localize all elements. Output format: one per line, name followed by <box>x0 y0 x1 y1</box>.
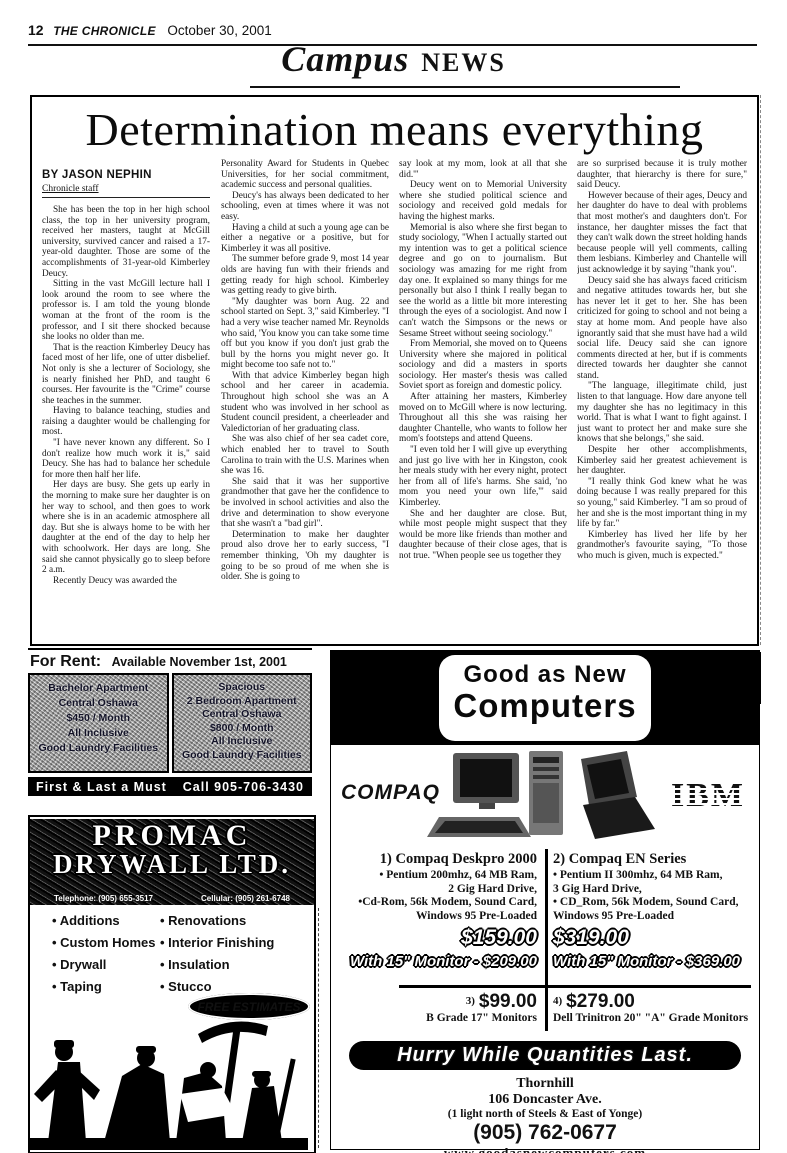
article-paragraph: "The language, illegitimate child, just … <box>577 381 747 445</box>
monitor-offer-3-desc: B Grade 17" Monitors <box>331 1012 537 1024</box>
monitors-rule <box>399 985 751 988</box>
product-spec: • CD_Rom, 56k Modem, Sound Card, <box>553 896 759 910</box>
store-website: www.goodasnewcomputers.com <box>331 1145 759 1153</box>
article-paragraph: Having a child at such a young age can b… <box>221 223 389 255</box>
masthead: 12 THE CHRONICLE October 30, 2001 <box>28 22 272 38</box>
article-paragraph: are so surprised because it is truly mot… <box>577 159 747 191</box>
article-paragraph: say look at my mom, look at all that she… <box>399 159 567 180</box>
computers-title-line2: Computers <box>439 687 651 725</box>
good-as-new-computers-ad: Good as New Computers COMPAQ IBM <box>330 650 760 1150</box>
store-city: Thornhill <box>331 1076 759 1092</box>
product-1-price: $159.00 <box>331 926 537 950</box>
promac-services-left: AdditionsCustom HomesDrywallTaping <box>52 913 156 1001</box>
rental-unit-line: $800 / Month <box>176 722 309 736</box>
article-paragraph: After attaining her masters, Kimberley m… <box>399 392 567 445</box>
promac-drywall-ad: PROMAC DRYWALL LTD. Telephone: (905) 655… <box>28 815 316 1153</box>
hurry-banner: Hurry While Quantities Last. <box>349 1041 741 1070</box>
promac-service: Stucco <box>160 979 274 994</box>
article-paragraph: The summer before grade 9, most 14 year … <box>221 254 389 296</box>
article-paragraph: She was also chief of her sea cadet core… <box>221 434 389 476</box>
rental-unit-bachelor: Bachelor ApartmentCentral Oshawa$450 / M… <box>28 673 169 773</box>
promac-name-line1: PROMAC <box>30 819 314 853</box>
promac-service: Renovations <box>160 913 274 928</box>
promac-service: Insulation <box>160 957 274 972</box>
store-phone: (905) 762-0677 <box>331 1121 759 1145</box>
article-paragraph: "I really think God knew what he was doi… <box>577 477 747 530</box>
byline: BY JASON NEPHIN Chronicle staff <box>42 165 210 198</box>
product-1-monitor-deal: With 15" Monitor - $209.00 <box>331 953 537 970</box>
for-rent-ad: For Rent: Available November 1st, 2001 B… <box>28 648 312 790</box>
paper-name: THE CHRONICLE <box>53 24 156 38</box>
page-fold-line <box>760 95 761 645</box>
article-paragraph: She and her daughter are close. But, whi… <box>399 509 567 562</box>
for-rent-units: Bachelor ApartmentCentral Oshawa$450 / M… <box>28 673 312 773</box>
product-2-specs: • Pentium II 300mhz, 64 MB Ram,3 Gig Har… <box>553 869 759 923</box>
article-paragraph: "My daughter was born Aug. 22 and school… <box>221 297 389 371</box>
computers-title-card: Good as New Computers <box>439 655 651 741</box>
rental-unit-line: 2 Bedroom Apartment <box>176 695 309 709</box>
monitor-offer-3-number: 3) <box>466 995 475 1007</box>
article-paragraph: "I have never known any different. So I … <box>42 438 210 480</box>
construction-workers-silhouette <box>30 1010 308 1150</box>
article-paragraph: However because of their ages, Deucy and… <box>577 191 747 276</box>
product-spec: Windows 95 Pre-Loaded <box>553 910 759 924</box>
promac-service: Interior Finishing <box>160 935 274 950</box>
rental-unit-line: Good Laundry Facilities <box>176 749 309 763</box>
product-spec: • Pentium II 300mhz, 64 MB Ram, <box>553 869 759 883</box>
product-1: 1) Compaq Deskpro 2000 • Pentium 200mhz,… <box>331 849 543 970</box>
product-2: 2) Compaq EN Series • Pentium II 300mhz,… <box>553 849 759 970</box>
computers-brands-row: COMPAQ IBM <box>331 745 759 849</box>
monitor-offer-4-desc: Dell Trinitron 20" "A" Grade Monitors <box>553 1012 748 1024</box>
promac-cellular: Cellular: (905) 261-6748 <box>201 894 290 903</box>
byline-role: Chronicle staff <box>42 184 210 194</box>
section-subtitle: NEWS <box>421 48 506 77</box>
store-street: 106 Doncaster Ave. <box>331 1092 759 1108</box>
promac-name-line2: DRYWALL LTD. <box>30 849 314 880</box>
computers-address-block: Thornhill 106 Doncaster Ave. (1 light no… <box>331 1076 759 1153</box>
section-title: Campus <box>281 39 409 79</box>
page-number: 12 <box>28 22 44 38</box>
article-paragraph: Having to balance teaching, studies and … <box>42 406 210 438</box>
monitors-row: 3) $99.00 B Grade 17" Monitors 4) $279.0… <box>331 987 759 1033</box>
article-paragraph: Despite her other accomplishments, Kimbe… <box>577 445 747 477</box>
rental-unit-line: $450 / Month <box>32 711 165 726</box>
article-column-2: Personality Award for Students in Quebec… <box>221 159 389 633</box>
rental-unit-line: Bachelor Apartment <box>32 681 165 696</box>
hurry-banner-text: Hurry While Quantities Last. <box>397 1044 693 1067</box>
promac-service: Drywall <box>52 957 156 972</box>
for-rent-terms: First & Last a Must <box>36 780 167 794</box>
article-column-3: say look at my mom, look at all that she… <box>399 159 567 633</box>
column-separator-dash <box>318 908 319 1148</box>
product-spec: • Pentium 200mhz, 64 MB Ram, <box>331 869 537 883</box>
article-paragraph: Deucy went on to Memorial University whe… <box>399 180 567 222</box>
monitor-offer-4: 4) $279.00 Dell Trinitron 20" "A" Grade … <box>553 991 748 1024</box>
product-spec: 3 Gig Hard Drive, <box>553 883 759 897</box>
article-paragraph: Recently Deucy was awarded the <box>42 576 210 587</box>
computers-products: 1) Compaq Deskpro 2000 • Pentium 200mhz,… <box>331 849 759 987</box>
promac-body: AdditionsCustom HomesDrywallTaping Renov… <box>30 905 314 1150</box>
monitor-offer-4-number: 4) <box>553 995 562 1007</box>
rental-unit-line: Good Laundry Facilities <box>32 741 165 756</box>
for-rent-availability: Available November 1st, 2001 <box>112 655 287 669</box>
article-paragraph: She has been the top in her high school … <box>42 205 210 279</box>
promac-telephone: Telephone: (905) 655-3517 <box>54 894 153 903</box>
article-headline: Determination means everything <box>32 103 757 156</box>
article-paragraph: Memorial is also where she first began t… <box>399 223 567 340</box>
article-paragraph: With that advice Kimberley began high sc… <box>221 371 389 435</box>
article-paragraph: That is the reaction Kimberley Deucy has… <box>42 343 210 407</box>
product-1-heading: 1) Compaq Deskpro 2000 <box>331 851 537 868</box>
article-paragraph: Kimberley has lived her life by her gran… <box>577 530 747 562</box>
product-spec: Windows 95 Pre-Loaded <box>331 910 537 924</box>
product-2-monitor-deal: With 15" Monitor - $369.00 <box>553 953 759 970</box>
product-spec: 2 Gig Hard Drive, <box>331 883 537 897</box>
computers-title-line1: Good as New <box>439 661 651 689</box>
promac-header: PROMAC DRYWALL LTD. Telephone: (905) 655… <box>30 819 314 905</box>
byline-author: BY JASON NEPHIN <box>42 169 152 181</box>
desktop-and-laptop-image <box>423 745 663 849</box>
store-directions: (1 light north of Steels & East of Yonge… <box>331 1108 759 1120</box>
article-paragraph: She said that it was her supportive gran… <box>221 477 389 530</box>
product-spec: •Cd-Rom, 56k Modem, Sound Card, <box>331 896 537 910</box>
ibm-logo: IBM <box>671 777 745 815</box>
issue-date: October 30, 2001 <box>167 23 271 38</box>
rental-unit-line: All Inclusive <box>32 726 165 741</box>
promac-service: Custom Homes <box>52 935 156 950</box>
promac-services-right: RenovationsInterior FinishingInsulationS… <box>160 913 274 1001</box>
computers-banner: Good as New Computers <box>331 651 759 745</box>
promac-service: Taping <box>52 979 156 994</box>
promac-phones: Telephone: (905) 655-3517 Cellular: (905… <box>30 894 314 903</box>
product-2-heading: 2) Compaq EN Series <box>553 851 759 868</box>
article-paragraph: Her days are busy. She gets up early in … <box>42 480 210 575</box>
for-rent-footer-bar: First & Last a Must Call 905-706-3430 <box>28 777 312 796</box>
rental-unit-line: Central Oshawa <box>176 708 309 722</box>
monitor-offer-3: 3) $99.00 B Grade 17" Monitors <box>331 991 543 1024</box>
article-paragraph: Deucy's has always been dedicated to her… <box>221 191 389 223</box>
rental-unit-line: Spacious <box>176 681 309 695</box>
article-paragraph: Determination to make her daughter proud… <box>221 530 389 583</box>
section-rule <box>250 86 680 88</box>
article-paragraph: Personality Award for Students in Quebec… <box>221 159 389 191</box>
product-1-specs: • Pentium 200mhz, 64 MB Ram,2 Gig Hard D… <box>331 869 537 923</box>
monitor-offer-4-price: $279.00 <box>566 991 635 1012</box>
article-column-4: are so surprised because it is truly mot… <box>577 159 747 633</box>
for-rent-header: For Rent: Available November 1st, 2001 <box>28 648 312 673</box>
for-rent-phone: Call 905-706-3430 <box>183 780 304 794</box>
rental-unit-line: All Inclusive <box>176 735 309 749</box>
rental-unit-2bedroom: Spacious2 Bedroom ApartmentCentral Oshaw… <box>172 673 313 773</box>
monitor-offer-3-price: $99.00 <box>479 991 537 1012</box>
for-rent-title: For Rent: <box>30 653 101 670</box>
promac-service: Additions <box>52 913 156 928</box>
rental-unit-line: Central Oshawa <box>32 696 165 711</box>
article-paragraph: Sitting in the vast McGill lecture hall … <box>42 279 210 343</box>
section-header: Campus NEWS <box>0 38 787 80</box>
article: Determination means everything BY JASON … <box>30 95 759 646</box>
article-paragraph: Deucy said she has always faced criticis… <box>577 276 747 382</box>
newspaper-page: 12 THE CHRONICLE October 30, 2001 Campus… <box>0 0 787 1153</box>
article-column-1: She has been the top in her high school … <box>42 205 210 633</box>
article-paragraph: From Memorial, she moved on to Queens Un… <box>399 339 567 392</box>
product-2-price: $319.00 <box>553 926 759 950</box>
article-paragraph: "I even told her I will give up everythi… <box>399 445 567 509</box>
